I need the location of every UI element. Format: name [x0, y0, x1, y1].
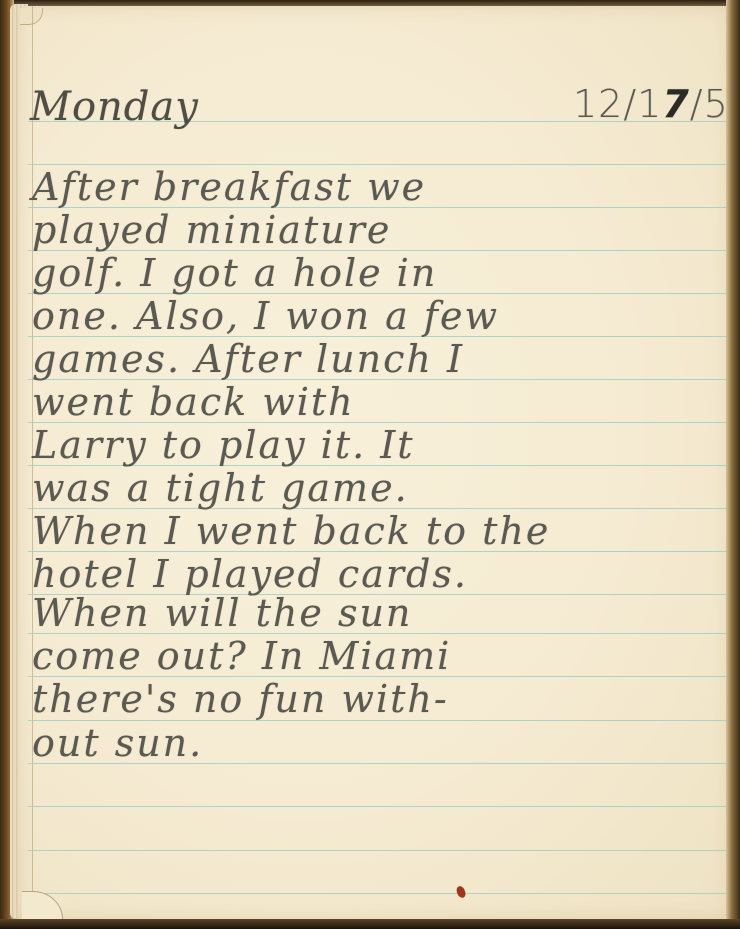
diary-line-4: one. Also, I won a few — [32, 295, 499, 338]
ruled-line — [28, 893, 728, 894]
date-suffix: /51 — [690, 82, 730, 126]
page-corner-curl — [22, 891, 63, 920]
diary-page: Monday 12/17/51 After breakfast we playe… — [18, 6, 730, 920]
entry-day: Monday — [30, 84, 199, 130]
book-right-edge — [726, 0, 740, 929]
book-bottom-edge — [0, 919, 740, 929]
ruled-line — [28, 850, 728, 851]
diary-line-10: hotel I played cards. — [32, 553, 468, 596]
diary-line-9: When I went back to the — [32, 510, 550, 553]
date-prefix: 12/1 — [573, 82, 662, 126]
diary-line-13: there's no fun with- — [32, 678, 449, 721]
diary-line-2: played miniature — [32, 209, 391, 252]
diary-line-1: After breakfast we — [32, 166, 426, 209]
ruled-line — [28, 806, 728, 807]
diary-line-3: golf. I got a hole in — [32, 252, 437, 295]
diary-line-7: Larry to play it. It — [32, 424, 415, 467]
diary-scan: Monday 12/17/51 After breakfast we playe… — [0, 0, 740, 929]
entry-date: 12/17/51 — [573, 82, 730, 126]
date-overwritten-digit: 7 — [662, 82, 689, 126]
diary-line-12: come out? In Miami — [32, 635, 451, 678]
diary-line-8: was a tight game. — [32, 467, 409, 510]
diary-line-14: out sun. — [32, 722, 203, 765]
diary-line-6: went back with — [32, 381, 355, 424]
diary-line-11: When will the sun — [32, 592, 412, 635]
diary-line-5: games. After lunch I — [32, 338, 464, 381]
